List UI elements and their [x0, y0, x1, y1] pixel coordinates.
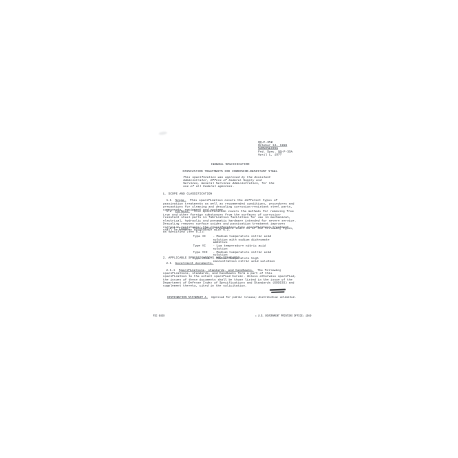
approval-note: This specification was approved by the A…	[183, 176, 276, 188]
distribution-label: DISTRIBUTION STATEMENT A.	[167, 296, 208, 299]
distribution-text: Approved for public release; distributio…	[211, 296, 296, 299]
footer-right-printing-note: ★ U.S. GOVERNMENT PRINTING OFFICE: 1980	[255, 315, 311, 318]
para-lead: Government documents.	[175, 261, 213, 265]
section-1-heading: 1. SCOPE AND CLASSIFICATION	[163, 192, 297, 195]
section-2-heading: 2. APPLICABLE SPECIFICATIONS AND STANDAR…	[163, 256, 297, 259]
distribution-statement: DISTRIBUTION STATEMENT A. Approved for p…	[167, 296, 305, 299]
footer-left-fsc: FSC 6850	[153, 315, 165, 318]
scan-smudge	[159, 131, 168, 135]
doc-type-heading: FEDERAL SPECIFICATION	[163, 163, 297, 166]
page-title: PASSIVATION TREATMENTS FOR CORROSION-RES…	[163, 170, 297, 173]
ink-stamp-mark	[270, 289, 288, 296]
para-text: The following specifications, standards,…	[163, 268, 296, 287]
spec-header-block: QQ-P-35B October 14, 1980 SUPERSEDING Fe…	[258, 141, 332, 157]
paragraph-2-1-1: 2.1.1 Specifications, standards, and han…	[163, 269, 297, 288]
type-row: Type II - Medium temperature nitric acid…	[193, 235, 280, 244]
type-description: - Medium temperature nitric acid solutio…	[213, 235, 280, 244]
ink-stamp-stroke	[271, 291, 284, 293]
superseded-date: April 1, 1977	[258, 153, 332, 156]
paragraph-1-2-1: 1.2.1 Types. Passivation treatments shal…	[163, 227, 297, 233]
para-number: 2.1	[166, 261, 171, 265]
scanned-document-page: QQ-P-35B October 14, 1980 SUPERSEDING Fe…	[0, 0, 458, 458]
type-label: Type II	[193, 235, 213, 244]
paragraph-2-1: 2.1 Government documents.	[163, 262, 297, 265]
page-content: QQ-P-35B October 14, 1980 SUPERSEDING Fe…	[113, 55, 343, 426]
